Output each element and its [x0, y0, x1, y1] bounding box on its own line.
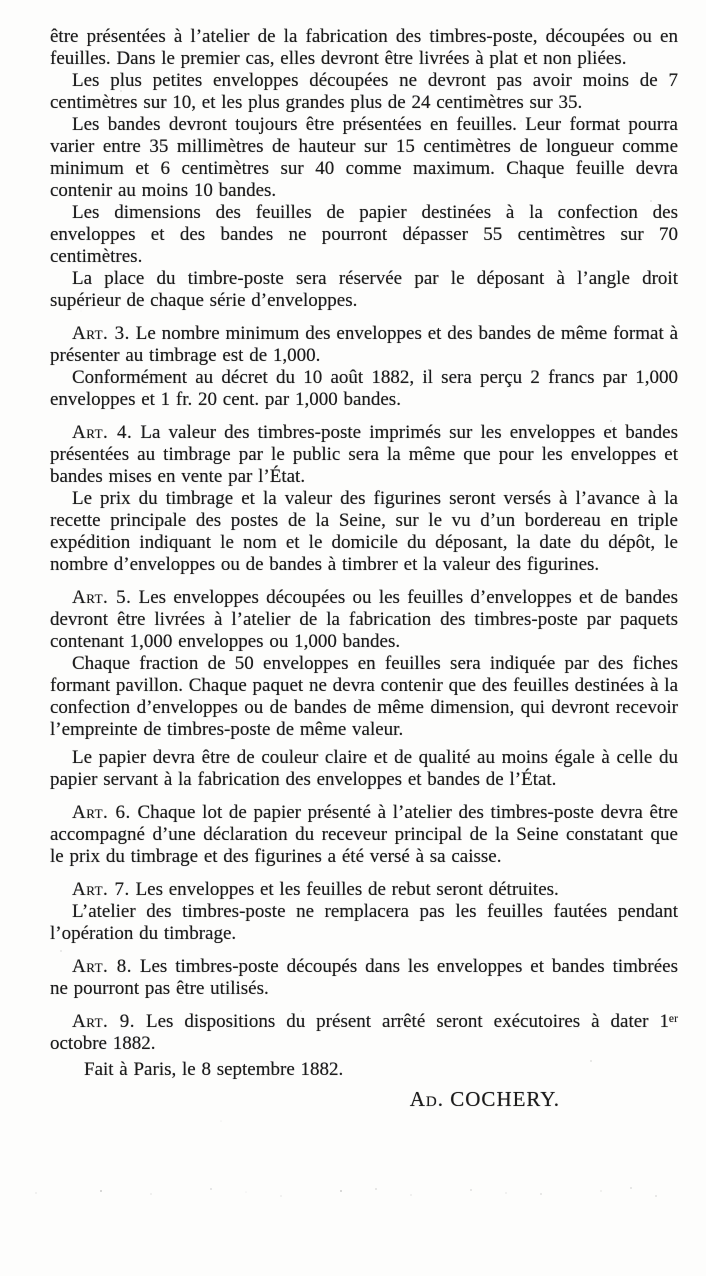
paragraph-prix-timbrage: Le prix du timbrage et la valeur des fig…: [50, 488, 678, 576]
article-7-text: Les enveloppes et les feuilles de rebut …: [136, 879, 559, 900]
article-9-label: Art. 9.: [72, 1011, 135, 1032]
paragraph-envelope-sizes: Les plus petites enveloppes découpées ne…: [50, 70, 678, 114]
paragraph-papier-couleur: Le papier devra être de couleur claire e…: [50, 747, 678, 791]
article-3-label: Art. 3.: [72, 323, 130, 344]
paragraph-stamp-placement: La place du timbre-poste sera réservée p…: [50, 268, 678, 312]
paragraph-fraction-50: Chaque fraction de 50 enveloppes en feui…: [50, 653, 678, 741]
article-9-text: Les dispositions du présent arrêté seron…: [50, 1011, 678, 1054]
article-6-text: Chaque lot de papier présenté à l’atelie…: [50, 802, 678, 867]
article-8-label: Art. 8.: [72, 956, 132, 977]
article-8-paragraph: Art. 8. Les timbres-poste découpés dans …: [50, 956, 678, 1000]
article-3-paragraph: Art. 3. Le nombre minimum des enveloppes…: [50, 323, 678, 367]
article-7-label: Art. 7.: [72, 879, 130, 900]
article-5-text: Les enveloppes découpées ou les feuilles…: [50, 587, 678, 652]
document-page: être présentées à l’atelier de la fabric…: [0, 0, 706, 1276]
article-6-paragraph: Art. 6. Chaque lot de papier présenté à …: [50, 802, 678, 868]
paragraph-sheet-dimensions: Les dimensions des feuilles de papier de…: [50, 202, 678, 268]
article-8-text: Les timbres-poste découpés dans les enve…: [50, 956, 678, 999]
article-5-label: Art. 5.: [72, 587, 131, 608]
article-5-paragraph: Art. 5. Les enveloppes découpées ou les …: [50, 587, 678, 653]
signature: Ad. COCHERY.: [50, 1087, 678, 1111]
paragraph-continuation: être présentées à l’atelier de la fabric…: [50, 26, 678, 70]
paragraph-atelier-remplacement: L’atelier des timbres-poste ne remplacer…: [50, 901, 678, 945]
scan-noise-bottom-row: [0, 0, 2, 2]
text-block: être présentées à l’atelier de la fabric…: [50, 26, 678, 1111]
article-4-text: La valeur des timbres-poste imprimés sur…: [50, 422, 678, 487]
closing-date-line: Fait à Paris, le 8 septembre 1882.: [50, 1059, 678, 1081]
article-3-text: Le nombre minimum des enveloppes et des …: [50, 323, 678, 366]
article-4-paragraph: Art. 4. La valeur des timbres-poste impr…: [50, 422, 678, 488]
article-7-paragraph: Art. 7. Les enveloppes et les feuilles d…: [50, 879, 678, 901]
article-9-paragraph: Art. 9. Les dispositions du présent arrê…: [50, 1011, 678, 1055]
paragraph-bandes-format: Les bandes devront toujours être présent…: [50, 114, 678, 202]
article-6-label: Art. 6.: [72, 802, 131, 823]
paragraph-decret-tarif: Conformément au décret du 10 août 1882, …: [50, 367, 678, 411]
article-4-label: Art. 4.: [72, 422, 132, 443]
